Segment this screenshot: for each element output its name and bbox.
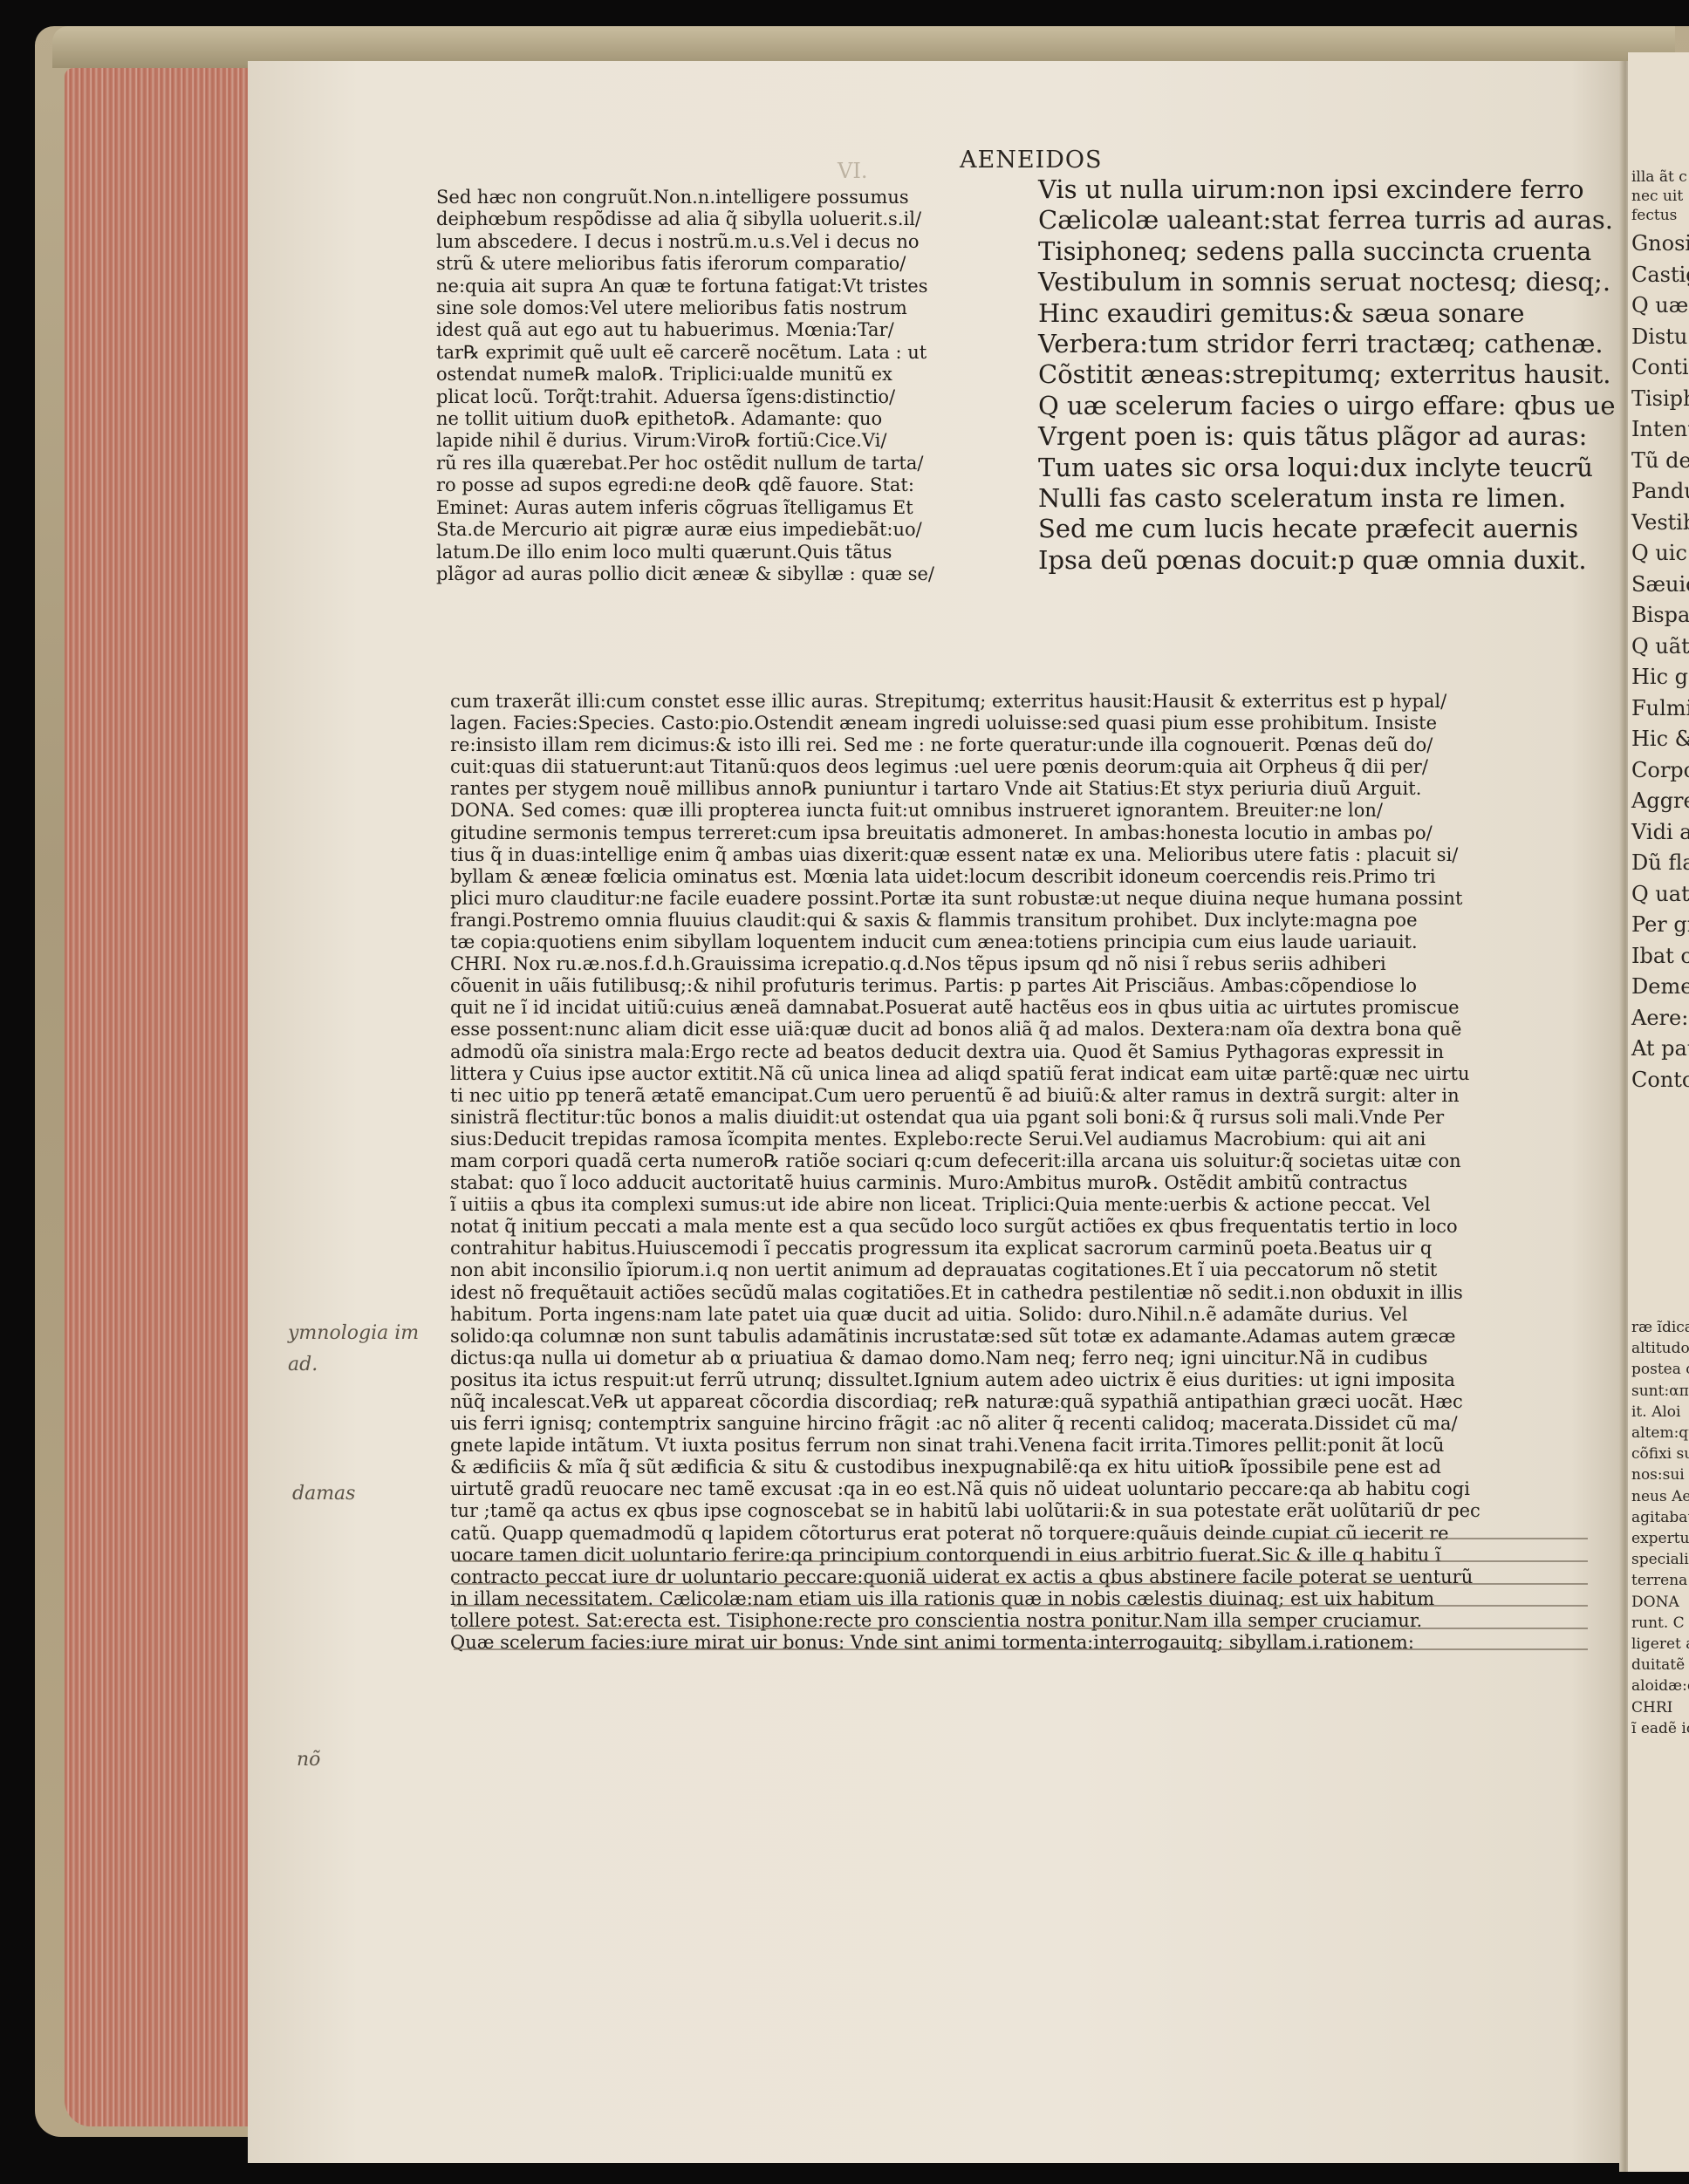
next-page-verse-line: Per gra: [1631, 910, 1689, 941]
commentary-line: rũ res illa quærebat.Per hoc ostẽdit nul…: [436, 453, 1038, 474]
verse-line: Vis ut nulla uirum:non ipsi excindere fe…: [1038, 174, 1579, 205]
next-page-commentary: ræ ĩdicataltitudopostea cõsunt:αποit. Al…: [1631, 1317, 1689, 1739]
commentary-line: mam corpori quadã certa numero℞ ratiõe s…: [450, 1150, 1593, 1172]
ink-underline: [1221, 1538, 1588, 1539]
commentary-line: strũ & utere melioribus fatis iferorum c…: [436, 253, 1038, 275]
next-page-verse-line: Q uic: [1631, 538, 1689, 570]
commentary-line: deiphœbum respõdisse ad alia q̃ sibylla …: [436, 208, 1038, 230]
next-page-commentary-line: duitatẽ &: [1631, 1655, 1689, 1676]
commentary-line: tius q̃ in duas:intellige enim q̃ ambas …: [450, 844, 1593, 866]
commentary-line: contrahitur habitus.Huiuscemodi ĩ peccat…: [450, 1238, 1593, 1259]
next-page-commentary-line: nos:sui f: [1631, 1464, 1689, 1485]
commentary-line: nũq̃ incalescat.Ve℞ ut appareat cõcordia…: [450, 1391, 1593, 1413]
verse-line: Nulli fas casto sceleratum insta re lime…: [1038, 483, 1579, 514]
red-fore-edge: [65, 68, 253, 2126]
commentary-line: gitudine sermonis tempus terreret:cum ip…: [450, 822, 1593, 844]
next-page-verse-line: Contor: [1631, 1065, 1689, 1096]
commentary-line: sinistrã flectitur:tũc bonos a malis diu…: [450, 1107, 1593, 1129]
next-page-commentary-line: altem:qu: [1631, 1423, 1689, 1443]
next-page-verse-line: Dũ fla: [1631, 848, 1689, 879]
verse-line: Tum uates sic orsa loqui:dux inclyte teu…: [1038, 453, 1579, 483]
next-page-commentary-line: terrena:: [1631, 1570, 1689, 1591]
verse-line: Cõstitit æneas:strepitumq; exterritus ha…: [1038, 359, 1579, 390]
next-page-verse-line: Hic &: [1631, 724, 1689, 755]
commentary-line: positus ita ictus respuit:ut ferrũ utrun…: [450, 1369, 1593, 1391]
ink-underline: [454, 1583, 1588, 1585]
next-page-verse-line: Aggre: [1631, 786, 1689, 817]
running-head: AENEIDOS: [960, 147, 1103, 174]
next-page-verse-line: Conti: [1631, 352, 1689, 384]
next-page-verse-line: Ibat ou: [1631, 941, 1689, 973]
commentary-line: uis ferri ignisq; contemptrix sanguine h…: [450, 1413, 1593, 1435]
commentary-full-width: cum traxerãt illi:cum constet esse illic…: [450, 691, 1593, 1654]
commentary-line: solido:qa columnæ non sunt tabulis adamã…: [450, 1326, 1593, 1348]
commentary-line: tur ;tamẽ qa actus ex qbus ipse cognosce…: [450, 1500, 1593, 1522]
next-page-verse-line: Q uæ: [1631, 290, 1689, 322]
next-page-verse-line: At pate: [1631, 1034, 1689, 1065]
next-page-commentary-line: expertus: [1631, 1528, 1689, 1549]
marginal-note: nõ: [297, 1749, 320, 1771]
commentary-line: ĩ uitiis a qbus ita complexi sumus:ut id…: [450, 1194, 1593, 1216]
next-page-verse-line: Vestib: [1631, 508, 1689, 539]
ink-underline: [454, 1560, 1588, 1562]
next-page-verse-line: Vidi a: [1631, 817, 1689, 849]
commentary-line: ne:quia ait supra An quæ te fortuna fati…: [436, 276, 1038, 297]
commentary-line: re:insisto illam rem dicimus:& isto illi…: [450, 734, 1593, 756]
commentary-line: ti nec uitio pp tenerã ætatẽ emancipat.C…: [450, 1085, 1593, 1107]
next-page-verse-line: Distu: [1631, 322, 1689, 353]
commentary-line: in illam necessitatem. Cælicolæ:nam etia…: [450, 1588, 1593, 1610]
next-page-commentary-line: specialite: [1631, 1549, 1689, 1570]
commentary-line: ostendat nume℞ malo℞. Triplici:ualde mun…: [436, 364, 1038, 386]
commentary-line: tar℞ exprimit quẽ uult eẽ carcerẽ nocẽtu…: [436, 342, 1038, 364]
commentary-line: & ædificiis & mĩa q̃ sũt ædificia & situ…: [450, 1457, 1593, 1478]
commentary-line: lagen. Facies:Species. Casto:pio.Ostendi…: [450, 713, 1593, 734]
next-page-verse-line: Castig: [1631, 260, 1689, 291]
commentary-line: DONA. Sed comes: quæ illi propterea iunc…: [450, 800, 1593, 822]
next-page-commentary-line: sunt:απο: [1631, 1381, 1689, 1402]
commentary-line: rantes per stygem nouẽ millibus anno℞ pu…: [450, 778, 1593, 800]
commentary-line: sius:Deducit trepidas ramosa ĩcompita me…: [450, 1129, 1593, 1150]
commentary-line: lapide nihil ẽ durius. Virum:Viro℞ forti…: [436, 430, 1038, 452]
next-page-commentary-line: ligeret æ: [1631, 1634, 1689, 1655]
commentary-line: ne tollit uitium duo℞ epitheto℞. Adamant…: [436, 408, 1038, 430]
commentary-line: cuit:quas dii statuerunt:aut Titanũ:quos…: [450, 756, 1593, 778]
commentary-line: Sed hæc non congruũt.Non.n.intelligere p…: [436, 187, 1038, 208]
ink-underline: [454, 1628, 1588, 1629]
verse-block: Vis ut nulla uirum:non ipsi excindere fe…: [1038, 174, 1579, 576]
verse-line: Cælicolæ ualeant:stat ferrea turris ad a…: [1038, 205, 1579, 235]
commentary-line: admodũ oĩa sinistra mala:Ergo recte ad b…: [450, 1041, 1593, 1063]
next-page-line: nec uit: [1631, 187, 1687, 206]
next-page-verse-line: Hic ge: [1631, 662, 1689, 693]
commentary-line: cõuenit in uãis futilibusq;:& nihil prof…: [450, 975, 1593, 997]
commentary-line: byllam & æneæ fœlicia ominatus est. Mœni…: [450, 866, 1593, 888]
verse-line: Q uæ scelerum facies o uirgo effare: qbu…: [1038, 391, 1579, 421]
commentary-line: Eminet: Auras autem inferis cõgruas ĩtel…: [436, 497, 1038, 519]
commentary-line: uocare tamen dicit uoluntario ferire:qa …: [450, 1545, 1593, 1566]
commentary-line: cum traxerãt illi:cum constet esse illic…: [450, 691, 1593, 713]
next-page-verse-line: Intent: [1631, 414, 1689, 446]
commentary-line: plicat locũ. Torq̃t:trahit. Aduersa ĩgen…: [436, 386, 1038, 408]
next-page-verse-line: Tisiph: [1631, 384, 1689, 415]
next-page-verse-line: Pandu: [1631, 476, 1689, 508]
marginal-note: ymnologia im: [288, 1322, 419, 1344]
commentary-line: esse possent:nunc aliam dicit esse uiã:q…: [450, 1019, 1593, 1041]
next-page-verse-line: Demen: [1631, 972, 1689, 1003]
commentary-line: quit ne ĩ id incidat uitiũ:cuius æneã da…: [450, 997, 1593, 1019]
next-page-verse-line: Gnosi: [1631, 229, 1689, 260]
next-page-verse: GnosiCastigQ uæDistuContiTisiphIntentTũ …: [1631, 229, 1689, 1095]
next-page-verse-line: Bispat: [1631, 600, 1689, 631]
next-page-commentary-line: ræ ĩdicat: [1631, 1317, 1689, 1338]
next-page-top-commentary: illa ãt cnec uitfectus: [1631, 167, 1687, 225]
commentary-line: CHRI. Nox ru.æ.nos.f.d.h.Grauissima icre…: [450, 953, 1593, 975]
commentary-line: idest quã aut ego aut tu habuerimus. Mœn…: [436, 319, 1038, 341]
next-page-commentary-line: DONA: [1631, 1592, 1689, 1613]
next-page-verse-line: Q uãt: [1631, 631, 1689, 663]
commentary-line: latum.De illo enim loco multi quærunt.Qu…: [436, 542, 1038, 563]
verse-line: Hinc exaudiri gemitus:& sæua sonare: [1038, 298, 1579, 329]
next-page-line: fectus: [1631, 206, 1687, 225]
verse-line: Tisiphoneq; sedens palla succincta cruen…: [1038, 236, 1579, 267]
verse-line: Sed me cum lucis hecate præfecit auernis: [1038, 514, 1579, 544]
commentary-line: dictus:qa nulla ui dometur ab α priuatiu…: [450, 1348, 1593, 1369]
commentary-line: uirtutẽ gradũ reuocare nec tamẽ excusat …: [450, 1478, 1593, 1500]
next-page-verse-line: Fulmi: [1631, 693, 1689, 725]
commentary-line: frangi.Postremo omnia fluuius claudit:qu…: [450, 910, 1593, 932]
commentary-line: gnete lapide intãtum. Vt iuxta positus f…: [450, 1435, 1593, 1457]
commentary-line: plãgor ad auras pollio dicit æneæ & siby…: [436, 563, 1038, 585]
verse-line: Vestibulum in somnis seruat noctesq; die…: [1038, 267, 1579, 297]
commentary-line: idest nõ frequẽtauit actiões secũdũ mala…: [450, 1282, 1593, 1304]
commentary-line: catũ. Quapp quemadmodũ q lapidem cõtortu…: [450, 1523, 1593, 1545]
verse-line: Ipsa deũ pœnas docuit:p quæ omnia duxit.: [1038, 545, 1579, 576]
ink-underline: [454, 1605, 1588, 1607]
marginal-note: ad.: [288, 1354, 318, 1375]
commentary-line: littera y Cuius ipse auctor extitit.Nã c…: [450, 1063, 1593, 1085]
next-page-line: illa ãt c: [1631, 167, 1687, 187]
next-page-verse-line: Q uat: [1631, 879, 1689, 911]
next-page-commentary-line: cõfixi su: [1631, 1443, 1689, 1464]
next-page-commentary-line: agitabat: [1631, 1507, 1689, 1528]
next-page-commentary-line: altitudo: [1631, 1338, 1689, 1359]
show-through-folio: VI.: [838, 159, 867, 183]
next-page-verse-line: Corpo: [1631, 755, 1689, 787]
marginal-note: damas: [292, 1483, 355, 1505]
commentary-line: Sta.de Mercurio ait pigræ auræ eius impe…: [436, 519, 1038, 541]
verse-line: Verbera:tum stridor ferri tractæq; cathe…: [1038, 329, 1579, 359]
verse-line: Vrgent poen is: quis tãtus plãgor ad aur…: [1038, 421, 1579, 452]
commentary-line: notat q̃ initium peccati a mala mente es…: [450, 1216, 1593, 1238]
commentary-left-column: Sed hæc non congruũt.Non.n.intelligere p…: [436, 187, 1038, 585]
commentary-line: contracto peccat iure dr uoluntario pecc…: [450, 1566, 1593, 1588]
commentary-line: sine sole domos:Vel utere melioribus fat…: [436, 297, 1038, 319]
next-page-commentary-line: runt. C: [1631, 1613, 1689, 1634]
commentary-line: Quæ scelerum facies:iure mirat uir bonus…: [450, 1632, 1593, 1654]
commentary-line: non abit inconsilio ĩpiorum.i.q non uert…: [450, 1259, 1593, 1281]
next-page-verse-line: Aere:&: [1631, 1003, 1689, 1034]
commentary-line: plici muro clauditur:ne facile euadere p…: [450, 888, 1593, 910]
next-page-commentary-line: CHRI: [1631, 1697, 1689, 1718]
next-page-commentary-line: neus Ae: [1631, 1486, 1689, 1507]
ink-underline: [454, 1648, 1588, 1650]
next-page-commentary-line: aloidæ:c: [1631, 1676, 1689, 1696]
commentary-line: lum abscedere. I decus i nostrũ.m.u.s.Ve…: [436, 231, 1038, 253]
commentary-line: stabat: quo ĩ loco adducit auctoritatẽ h…: [450, 1172, 1593, 1194]
commentary-line: ro posse ad supos egredi:ne deo℞ qdẽ fau…: [436, 474, 1038, 496]
next-page-commentary-line: postea cõ: [1631, 1359, 1689, 1380]
next-page-verse-line: Tũ de: [1631, 446, 1689, 477]
next-page-commentary-line: ĩ eadẽ ic: [1631, 1718, 1689, 1739]
next-page-verse-line: Sæuio: [1631, 570, 1689, 601]
next-page-commentary-line: it. Aloi: [1631, 1402, 1689, 1423]
commentary-line: tæ copia:quotiens enim sibyllam loquente…: [450, 932, 1593, 953]
commentary-line: habitum. Porta ingens:nam late patet uia…: [450, 1304, 1593, 1326]
